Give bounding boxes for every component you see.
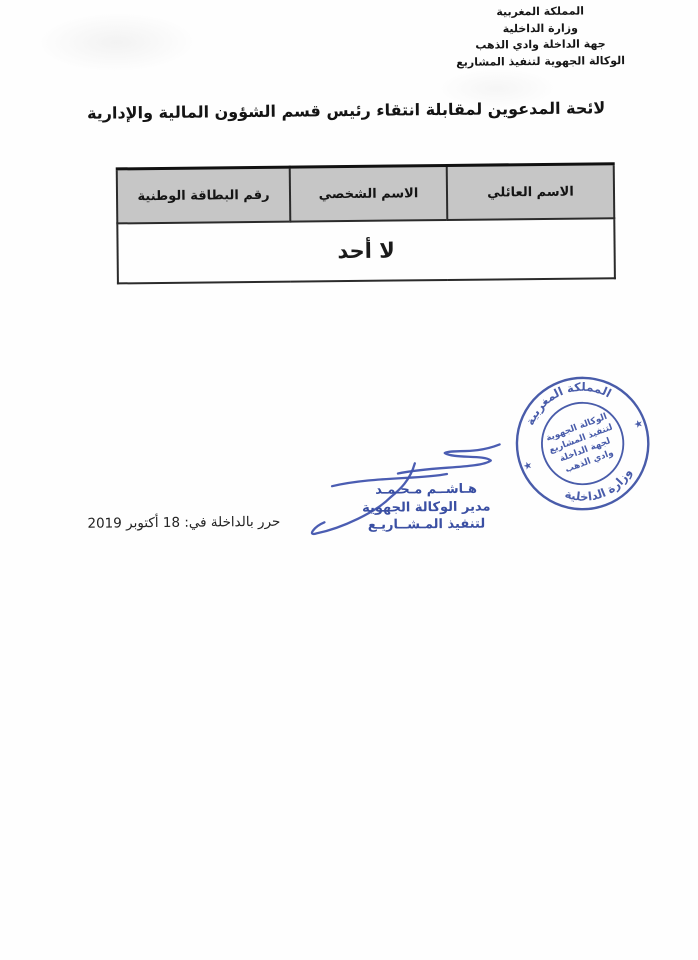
scanned-document-page: المملكة المغربية وزارة الداخلية جهة الدا… bbox=[0, 0, 698, 960]
header-cell-first-name: الاسم الشخصي bbox=[290, 165, 448, 221]
invitees-table: الاسم العائلي الاسم الشخصي رقم البطاقة ا… bbox=[116, 162, 616, 284]
letterhead-line: الوكالة الجهوية لتنفيذ المشاريع bbox=[427, 52, 655, 71]
issue-date-line: حرر بالداخلة في: 18 أكتوبر 2019 bbox=[87, 513, 302, 531]
document-content: المملكة المغربية وزارة الداخلية جهة الدا… bbox=[0, 0, 698, 960]
header-cell-national-id: رقم البطاقة الوطنية bbox=[117, 167, 291, 223]
letterhead: المملكة المغربية وزارة الداخلية جهة الدا… bbox=[426, 3, 655, 71]
signatory-title-line: مدير الوكالة الجهوية bbox=[331, 498, 521, 517]
signatory-name: هـاشــم مـحـمـد bbox=[331, 480, 521, 499]
header-cell-family-name: الاسم العائلي bbox=[447, 164, 615, 220]
signatory-block: هـاشــم مـحـمـد مدير الوكالة الجهوية لتن… bbox=[331, 480, 522, 534]
document-title: لائحة المدعوين لمقابلة انتقاء رئيس قسم ا… bbox=[0, 97, 695, 123]
empty-row-text: لا أحد bbox=[117, 218, 615, 283]
signatory-title-line: لتنفيذ المـشــاريـع bbox=[331, 515, 521, 534]
scan-smudge bbox=[36, 12, 197, 74]
empty-row: لا أحد bbox=[117, 218, 615, 283]
table-header-row: الاسم العائلي الاسم الشخصي رقم البطاقة ا… bbox=[117, 164, 615, 224]
